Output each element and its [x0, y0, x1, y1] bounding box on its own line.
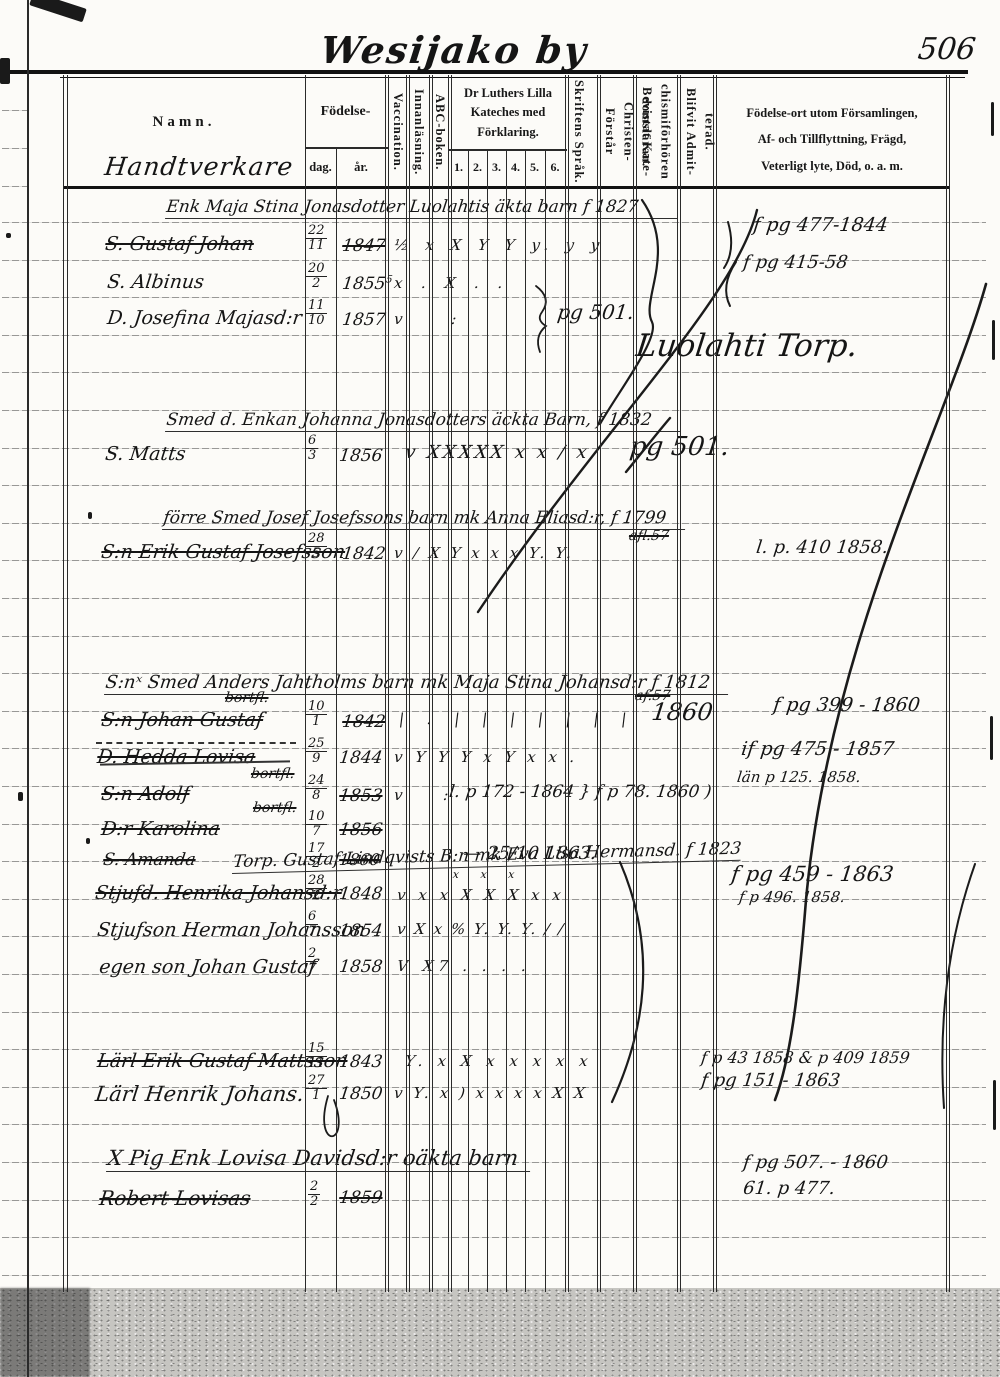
fodelse-divider	[305, 147, 388, 149]
birth-year: 1842	[341, 712, 387, 732]
entry-name: S. Gustaf Johan	[104, 233, 255, 255]
ruled-row-line	[2, 636, 986, 637]
table-grid-line	[432, 75, 433, 1292]
col-kateches-5: 5.	[525, 160, 544, 175]
birth-day: 2211	[306, 224, 327, 252]
col-bevistat-katechismforhoren: Bevistat Kate- chismiförhören	[638, 80, 676, 184]
margin-note: f pg 477-1844	[752, 214, 889, 236]
table-grid-line	[67, 75, 68, 1292]
ruled-row-line	[2, 297, 986, 298]
birth-year: 1847	[341, 236, 387, 256]
scan-artifact	[993, 1080, 996, 1130]
pen-flourish	[612, 862, 643, 1102]
scan-artifact	[992, 320, 995, 360]
ruled-row-line	[2, 1124, 986, 1125]
birth-year: 1858	[338, 957, 384, 977]
birth-day: 1110	[306, 299, 327, 327]
table-grid-line	[568, 75, 569, 1292]
entry-name: D:r Karolina	[100, 818, 221, 840]
scan-artifact	[29, 0, 87, 22]
margin-note: if pg 475 - 1857	[740, 738, 895, 760]
kateches-marks: ½ x X Y Y y. y y	[393, 236, 606, 254]
homestead-note: Luolahti Torp.	[634, 328, 860, 364]
family-header: Smed d. Enkan Johanna Jonasdotters äckta…	[165, 410, 683, 432]
col-dag: dag.	[305, 160, 336, 175]
margin-tick	[2, 186, 27, 187]
table-grid-line	[949, 75, 950, 1292]
entry-name: S:n Johan Gustaf	[100, 709, 264, 731]
birth-day: 248	[306, 774, 327, 802]
moved-note: bortfl.	[250, 766, 295, 782]
birth-year: 1842	[341, 544, 387, 564]
moved-note: bortfl.	[252, 800, 297, 816]
entry-name: S:n Adolf	[100, 783, 191, 805]
table-grid-line	[716, 75, 717, 1292]
birth-day: 1511	[306, 1042, 327, 1070]
kateches-marks-sup: x x x	[452, 868, 524, 881]
kateches-marks: v X x % Y. Y. Y. / /	[396, 920, 567, 938]
margin-note: län p 125. 1858.	[736, 768, 862, 786]
col-anmarkning: Födelse-ort utom Församlingen, Af- och T…	[718, 100, 946, 179]
kateches-marks: v Y. x ) x x x x X X	[393, 1084, 589, 1102]
scan-artifact	[18, 792, 23, 801]
family-header: X Pig Enk Lovisa Davidsd:r oäkta barn	[106, 1146, 534, 1172]
kateches-divider	[449, 149, 567, 151]
birth-day: 259	[306, 737, 327, 765]
kateches-marks: V X7 . . . .	[396, 957, 532, 975]
margin-note: f p 496. 1858.	[738, 888, 846, 906]
moved-year: 1860	[650, 698, 715, 726]
col-kateches-4: 4.	[506, 160, 525, 175]
col-abc-boken: ABC-boken.	[431, 80, 448, 184]
table-grid-line	[468, 150, 469, 1292]
birth-year: 1854	[338, 921, 384, 941]
birth-day: 63	[306, 434, 318, 462]
birth-day: 107	[306, 810, 327, 838]
table-grid-line	[506, 150, 507, 1292]
birth-year: 1844	[338, 748, 384, 768]
col-fodelse: Födelse-	[303, 104, 388, 120]
ruled-row-line	[2, 1237, 986, 1238]
table-grid-line	[406, 75, 407, 1292]
col-forstar-christendomslaran: Förstår Christen- domsläran.	[601, 80, 632, 184]
margin-note: 61. p 477.	[742, 1178, 836, 1199]
family-header: förre Smed Josef Josefssons barn mk Anna…	[162, 508, 687, 530]
margin-note: f pg 399 - 1860	[772, 694, 921, 716]
ruled-row-line	[2, 598, 986, 599]
ruled-row-line	[2, 1275, 986, 1276]
ledger-page: Wesijako by 506 Namn. Födelse- dag. år. …	[0, 0, 1000, 1377]
scan-artifact	[86, 838, 90, 844]
birth-year: 1848	[338, 884, 384, 904]
birth-year: 1857	[341, 310, 387, 330]
col-innanlasning: Innanläsning.	[410, 80, 428, 184]
entry-name: S. Matts	[104, 443, 187, 465]
birth-day: 282	[306, 874, 327, 902]
margin-note: l. p. 410 1858.	[755, 537, 889, 558]
table-grid-line	[451, 75, 452, 1292]
table-grid-line	[545, 150, 546, 1292]
page-number: 506	[916, 32, 978, 67]
table-grid-line	[336, 147, 337, 1292]
ruled-row-line	[2, 372, 986, 373]
table-grid-line	[633, 75, 634, 1292]
col-vaccination: Vaccination.	[389, 80, 407, 184]
margin-note: f pg 507. - 1860	[742, 1152, 889, 1173]
table-grid-line	[63, 75, 64, 1292]
birth-day: 202	[306, 262, 327, 290]
birth-year: 1859	[338, 1188, 384, 1208]
table-grid-line	[388, 75, 389, 1292]
top-rule-thin	[60, 77, 965, 78]
table-grid-line	[713, 75, 714, 1292]
table-grid-line	[487, 150, 488, 1292]
scan-artifact	[6, 233, 11, 238]
margin-note: f pg 415-58	[742, 252, 849, 273]
margin-note: f pg 459 - 1863	[730, 862, 895, 886]
ruled-row-line	[2, 485, 986, 486]
deceased-note: afl.57	[628, 528, 670, 544]
birth-day: 67	[306, 910, 318, 938]
col-ar: år.	[336, 160, 386, 175]
scan-artifact	[991, 102, 994, 136]
family-header: Enk Maja Stina Jonasdotter Luolahtis äkt…	[165, 197, 679, 219]
col-kateches-6: 6.	[545, 160, 565, 175]
col-blifvit-admitterad: Blifvit Admit- terad.	[682, 80, 712, 184]
col-kateches-2: 2.	[468, 160, 487, 175]
table-grid-line	[409, 75, 410, 1292]
birth-day: 285	[306, 532, 327, 560]
table-grid-line	[677, 75, 678, 1292]
entry-name: Lärl Henrik Johans.	[94, 1082, 305, 1106]
table-grid-line	[27, 0, 29, 1377]
ruled-row-line	[2, 1012, 986, 1013]
table-grid-line	[385, 75, 386, 1292]
kateches-marks: v x x X X X x x	[396, 886, 566, 904]
table-grid-line	[448, 75, 449, 1292]
birth-year: 1853	[338, 786, 384, 806]
col-kateches-3: 3.	[487, 160, 506, 175]
moved-note: bortfl.	[224, 690, 269, 706]
pen-flourish	[726, 262, 736, 306]
col-skriftens-sprak: Skriftens Språk.	[570, 80, 596, 184]
margin-note: f pg 151 - 1863	[700, 1070, 841, 1091]
col-namn: Namn.	[63, 114, 305, 131]
scan-noise-dark	[0, 1288, 90, 1377]
page-title: Wesijako by	[318, 28, 590, 72]
birth-day: 22	[308, 1180, 320, 1208]
entry-name: D. Josefina Majasd:r	[106, 307, 303, 329]
kateches-marks: v / X Y x x x Y. Y.	[393, 544, 575, 562]
entry-name: Stjufson Herman Johansson	[96, 919, 367, 941]
birth-day: 271	[306, 1074, 327, 1102]
pen-flourish	[724, 222, 731, 268]
col-kateches: Dr Luthers Lilla Kateches med Förklaring…	[449, 84, 567, 142]
table-grid-line	[305, 75, 306, 1292]
scan-noise-band	[0, 1288, 1000, 1377]
section-label: Handtverkare	[103, 152, 295, 181]
table-grid-line	[680, 75, 681, 1292]
birth-year: 1843	[338, 1052, 384, 1072]
table-grid-line	[600, 75, 601, 1292]
entry-name: S. Albinus	[106, 271, 205, 293]
top-rule	[0, 70, 968, 74]
table-grid-line	[565, 75, 566, 1292]
entry-name: egen son Johan Gustaf	[98, 956, 317, 978]
margin-tick	[2, 110, 27, 111]
table-grid-line	[636, 75, 637, 1292]
birth-year: 1850	[338, 1084, 384, 1104]
entry-name: Robert Lovisas	[98, 1186, 252, 1210]
table-grid-line	[597, 75, 598, 1292]
birth-year: 1856	[338, 446, 384, 466]
birth-day: 101	[306, 700, 327, 728]
pen-flourish	[775, 284, 986, 1100]
margin-note: f p 43 1858 & p 409 1859	[700, 1048, 911, 1067]
scan-artifact	[88, 512, 92, 519]
table-grid-line	[946, 75, 947, 1292]
birth-day: 27	[306, 947, 318, 975]
margin-tick	[2, 148, 27, 149]
scan-artifact	[990, 716, 993, 760]
birth-year: 1856	[338, 820, 384, 840]
table-grid-line	[525, 150, 526, 1292]
entry-name: S. Amanda	[102, 850, 197, 870]
table-grid-line	[429, 75, 430, 1292]
pen-flourish	[942, 864, 975, 1108]
scribble-box	[96, 742, 296, 744]
scan-artifact	[0, 58, 10, 84]
